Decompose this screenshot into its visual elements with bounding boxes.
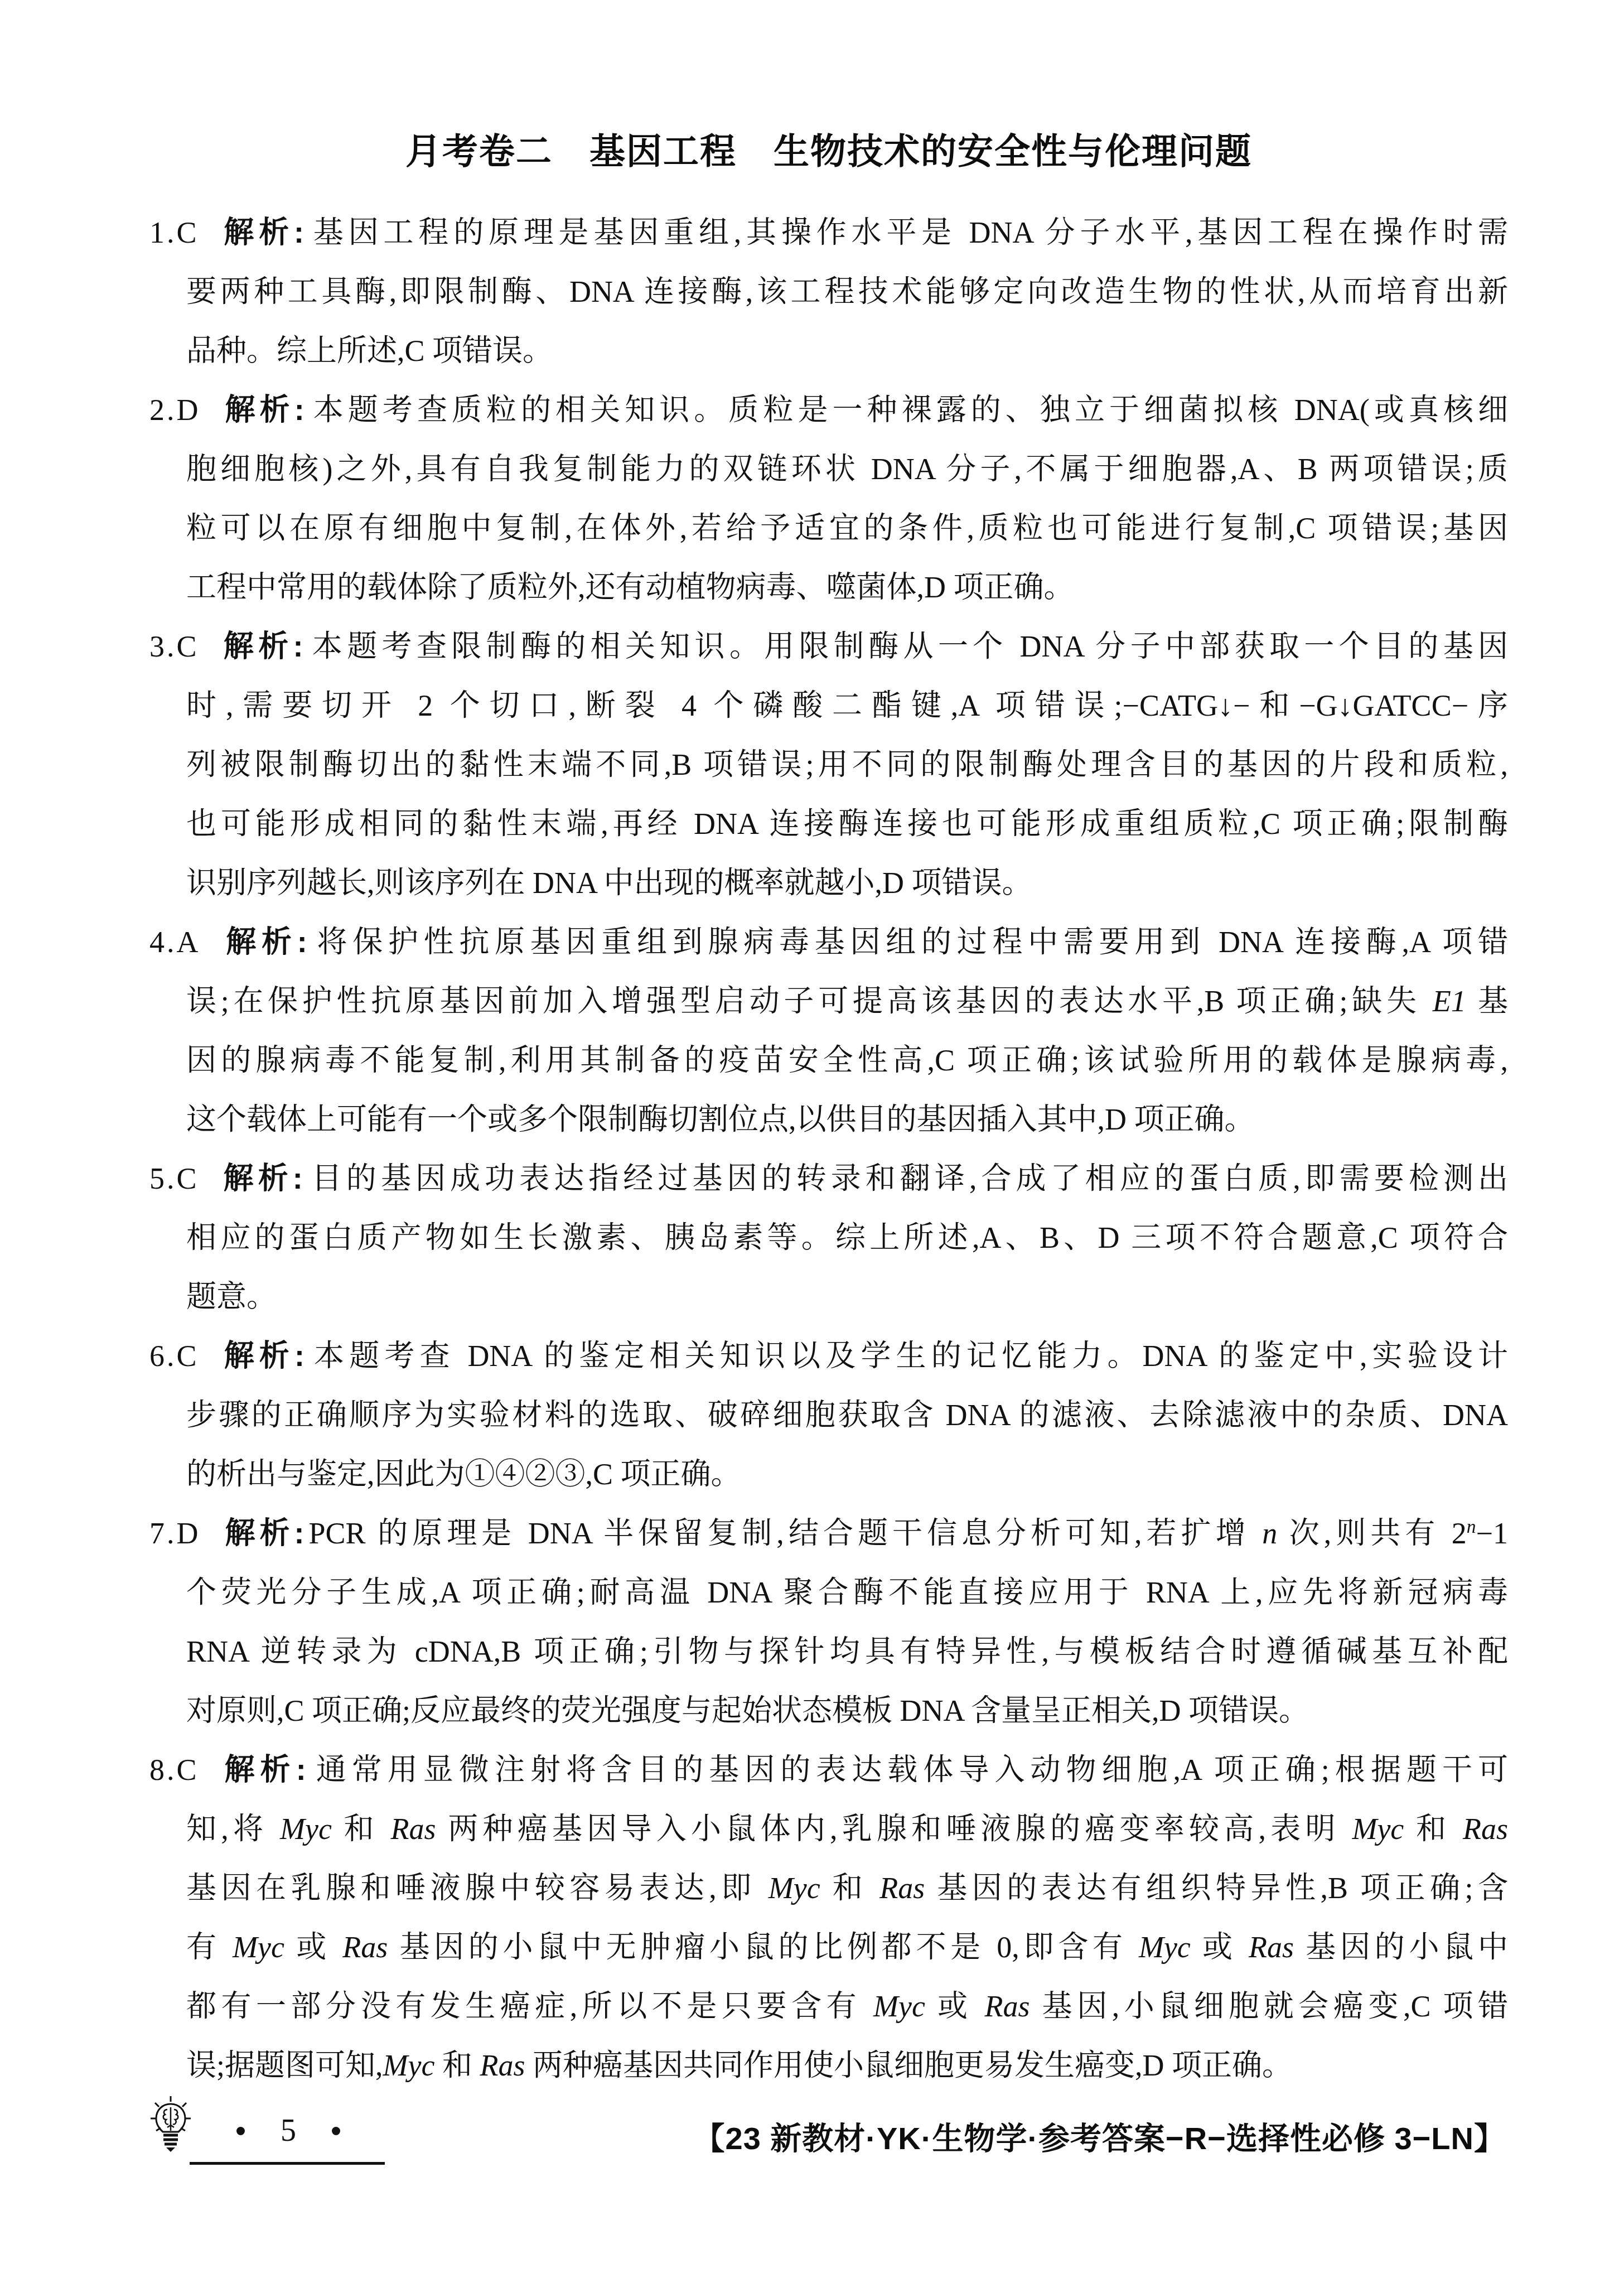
answer-text-segment: 次,则共有 2 xyxy=(1277,1517,1467,1550)
answer-text-segment: 要两种工具酶,即限制酶、DNA 连接酶,该工程技术能够定向改造生物的性状,从而培… xyxy=(186,275,1508,308)
answer-number: 2.D xyxy=(149,380,201,440)
answer-text-segment: Myc xyxy=(233,1930,284,1964)
answer-line: 2.D解析:本题考查质粒的相关知识。质粒是一种裸露的、独立于细菌拟核 DNA(或… xyxy=(149,380,1508,440)
answer-text-segment: 基因的小鼠中无肿瘤小鼠的比例都不是 0,即含有 xyxy=(388,1930,1139,1964)
answer-line: 有 Myc 或 Ras 基因的小鼠中无肿瘤小鼠的比例都不是 0,即含有 Myc … xyxy=(149,1918,1508,1977)
answer-text-segment: 都有一部分没有发生癌症,所以不是只要含有 xyxy=(186,1990,873,2023)
answer-line: 误;在保护性抗原基因前加入增强型启动子可提高该基因的表达水平,B 项正确;缺失 … xyxy=(149,972,1508,1031)
answer-text-segment: 相应的蛋白质产物如生长激素、胰岛素等。综上所述,A、B、D 三项不符合题意,C … xyxy=(186,1221,1508,1254)
answer-line: 列被限制酶切出的黏性末端不同,B 项错误;用不同的限制酶处理含目的基因的片段和质… xyxy=(149,735,1508,794)
page-number: 5 xyxy=(196,2113,380,2149)
answers-list: 1.C解析:基因工程的原理是基因重组,其操作水平是 DNA 分子水平,基因工程在… xyxy=(149,203,1508,2095)
answer-line: 的析出与鉴定,因此为①④②③,C 项正确。 xyxy=(149,1445,1508,1504)
answer-text-segment: 知,将 xyxy=(186,1812,280,1846)
page-title: 月考卷二 基因工程 生物技术的安全性与伦理问题 xyxy=(149,129,1508,173)
answer-text-segment: 或 xyxy=(284,1930,342,1964)
answer-text-segment: n xyxy=(1467,1517,1476,1537)
answer-text-segment: 基因的小鼠中 xyxy=(1294,1930,1508,1964)
page-number-underline xyxy=(190,2162,385,2165)
page-number-value: 5 xyxy=(281,2113,296,2149)
answer-text-segment: 时,需要切开 2 个切口,断裂 4 个磷酸二酯键,A 项错误;−CATG↓−和−… xyxy=(186,689,1508,722)
answer-line: 题意。 xyxy=(149,1267,1508,1326)
answer-text-segment: 基 xyxy=(1466,984,1508,1018)
answer-line: 胞细胞核)之外,具有自我复制能力的双链环状 DNA 分子,不属于细胞器,A、B … xyxy=(149,440,1508,499)
answer-text-segment: 和 xyxy=(332,1812,391,1846)
jiexi-label: 解析: xyxy=(221,925,307,959)
answer-line: 3.C解析:本题考查限制酶的相关知识。用限制酶从一个 DNA 分子中部获取一个目… xyxy=(149,617,1508,676)
page-content: 月考卷二 基因工程 生物技术的安全性与伦理问题 1.C解析:基因工程的原理是基因… xyxy=(149,129,1508,2095)
answer-item-4: 4.A解析:将保护性抗原基因重组到腺病毒基因组的过程中需要用到 DNA 连接酶,… xyxy=(149,913,1508,1149)
answer-item-5: 5.C解析:目的基因成功表达指经过基因的转录和翻译,合成了相应的蛋白质,即需要检… xyxy=(149,1149,1508,1326)
answer-line: 要两种工具酶,即限制酶、DNA 连接酶,该工程技术能够定向改造生物的性状,从而培… xyxy=(149,262,1508,321)
answer-text-segment: 或 xyxy=(1191,1930,1249,1964)
answer-number: 3.C xyxy=(149,617,199,676)
answer-line: 也可能形成相同的黏性末端,再经 DNA 连接酶连接也可能形成重组质粒,C 项正确… xyxy=(149,794,1508,853)
answer-text-segment: 和 xyxy=(820,1871,879,1905)
answer-text-segment: 胞细胞核)之外,具有自我复制能力的双链环状 DNA 分子,不属于细胞器,A、B … xyxy=(186,452,1508,486)
answer-line: 步骤的正确顺序为实验材料的选取、破碎细胞获取含 DNA 的滤液、去除滤液中的杂质… xyxy=(149,1386,1508,1445)
answer-text-segment: 和 xyxy=(1404,1812,1463,1846)
answer-text-segment: 识别序列越长,则该序列在 DNA 中出现的概率就越小,D 项错误。 xyxy=(186,866,1032,900)
answer-line: 识别序列越长,则该序列在 DNA 中出现的概率就越小,D 项错误。 xyxy=(149,853,1508,913)
footer-edition-label: 【23 新教材·YK·生物学·参考答案−R−选择性必修 3−LN】 xyxy=(694,2114,1506,2159)
answer-item-8: 8.C解析:通常用显微注射将含目的基因的表达载体导入动物细胞,A 项正确;根据题… xyxy=(149,1740,1508,2095)
answer-item-7: 7.D解析:PCR 的原理是 DNA 半保留复制,结合题干信息分析可知,若扩增 … xyxy=(149,1504,1508,1740)
lightbulb-brain-icon xyxy=(148,2095,193,2154)
answer-text-segment: Ras xyxy=(1249,1930,1294,1964)
answer-line: 这个载体上可能有一个或多个限制酶切割位点,以供目的基因插入其中,D 项正确。 xyxy=(149,1090,1508,1149)
jiexi-label: 解析: xyxy=(219,1753,306,1787)
answer-line: 7.D解析:PCR 的原理是 DNA 半保留复制,结合题干信息分析可知,若扩增 … xyxy=(149,1504,1508,1563)
answer-text-segment: 两种癌基因导入小鼠体内,乳腺和唾液腺的癌变率较高,表明 xyxy=(436,1812,1352,1846)
answer-line: 时,需要切开 2 个切口,断裂 4 个磷酸二酯键,A 项错误;−CATG↓−和−… xyxy=(149,676,1508,735)
answer-number: 6.C xyxy=(149,1326,199,1386)
answer-text-segment: 将保护性抗原基因重组到腺病毒基因组的过程中需要用到 DNA 连接酶,A 项错 xyxy=(312,925,1508,959)
answer-text-segment: Ras xyxy=(879,1871,925,1905)
answer-text-segment: 基因的表达有组织特异性,B 项正确;含 xyxy=(925,1871,1508,1905)
jiexi-label: 解析: xyxy=(221,393,304,427)
answer-number: 5.C xyxy=(149,1149,199,1208)
page-dot xyxy=(332,2127,340,2135)
jiexi-label: 解析: xyxy=(221,1517,304,1550)
answer-text-segment: 误;在保护性抗原基因前加入增强型启动子可提高该基因的表达水平,B 项正确;缺失 xyxy=(186,984,1433,1018)
answer-line: 因的腺病毒不能复制,利用其制备的疫苗安全性高,C 项正确;该试验所用的载体是腺病… xyxy=(149,1031,1508,1090)
answer-text-segment: 基因在乳腺和唾液腺中较容易表达,即 xyxy=(186,1871,768,1905)
answer-text-segment: Myc xyxy=(768,1871,820,1905)
answer-text-segment: PCR 的原理是 DNA 半保留复制,结合题干信息分析可知,若扩增 xyxy=(309,1517,1263,1550)
jiexi-label: 解析: xyxy=(219,1339,304,1373)
answer-text-segment: 和 xyxy=(434,2049,480,2082)
answer-text-segment: 通常用显微注射将含目的基因的表达载体导入动物细胞,A 项正确;根据题干可 xyxy=(311,1753,1508,1787)
answer-text-segment: 因的腺病毒不能复制,利用其制备的疫苗安全性高,C 项正确;该试验所用的载体是腺病… xyxy=(186,1044,1508,1077)
jiexi-label: 解析: xyxy=(219,630,303,663)
answer-line: 8.C解析:通常用显微注射将含目的基因的表达载体导入动物细胞,A 项正确;根据题… xyxy=(149,1740,1508,1799)
jiexi-label: 解析: xyxy=(219,216,304,249)
answer-text-segment: 工程中常用的载体除了质粒外,还有动植物病毒、噬菌体,D 项正确。 xyxy=(186,571,1074,604)
answer-line: 粒可以在原有细胞中复制,在体外,若给予适宜的条件,质粒也可能进行复制,C 项错误… xyxy=(149,499,1508,558)
answer-line: 6.C解析:本题考查 DNA 的鉴定相关知识以及学生的记忆能力。DNA 的鉴定中… xyxy=(149,1326,1508,1386)
answer-text-segment: Ras xyxy=(391,1812,436,1846)
answer-text-segment: 有 xyxy=(186,1930,233,1964)
answer-line: 工程中常用的载体除了质粒外,还有动植物病毒、噬菌体,D 项正确。 xyxy=(149,558,1508,617)
answer-line: 知,将 Myc 和 Ras 两种癌基因导入小鼠体内,乳腺和唾液腺的癌变率较高,表… xyxy=(149,1799,1508,1859)
answer-text-segment: n xyxy=(1262,1517,1277,1550)
answer-text-segment: Myc xyxy=(873,1990,925,2023)
answer-line: 品种。综上所述,C 项错误。 xyxy=(149,321,1508,380)
answer-text-segment: 列被限制酶切出的黏性末端不同,B 项错误;用不同的限制酶处理含目的基因的片段和质… xyxy=(186,748,1508,781)
answer-text-segment: Ras xyxy=(1463,1812,1508,1846)
answer-text-segment: 粒可以在原有细胞中复制,在体外,若给予适宜的条件,质粒也可能进行复制,C 项错误… xyxy=(186,511,1508,545)
answer-sheet-page: 月考卷二 基因工程 生物技术的安全性与伦理问题 1.C解析:基因工程的原理是基因… xyxy=(0,0,1624,2283)
answer-text-segment: 或 xyxy=(925,1990,985,2023)
answer-text-segment: 两种癌基因共同作用使小鼠细胞更易发生癌变,D 项正确。 xyxy=(525,2049,1292,2082)
answer-text-segment: 误;据题图可知, xyxy=(186,2049,383,2082)
answer-item-1: 1.C解析:基因工程的原理是基因重组,其操作水平是 DNA 分子水平,基因工程在… xyxy=(149,203,1508,380)
answer-line: 1.C解析:基因工程的原理是基因重组,其操作水平是 DNA 分子水平,基因工程在… xyxy=(149,203,1508,262)
answer-text-segment: Ras xyxy=(480,2049,525,2082)
answer-text-segment: 基因,小鼠细胞就会癌变,C 项错 xyxy=(1030,1990,1508,2023)
answer-text-segment: E1 xyxy=(1433,984,1466,1018)
answer-text-segment: 目的基因成功表达指经过基因的转录和翻译,合成了相应的蛋白质,即需要检测出 xyxy=(307,1162,1508,1195)
answer-number: 1.C xyxy=(149,203,199,262)
answer-text-segment: Myc xyxy=(280,1812,332,1846)
answer-item-2: 2.D解析:本题考查质粒的相关知识。质粒是一种裸露的、独立于细菌拟核 DNA(或… xyxy=(149,380,1508,617)
answer-text-segment: 基因工程的原理是基因重组,其操作水平是 DNA 分子水平,基因工程在操作时需 xyxy=(308,216,1508,249)
answer-line: 误;据题图可知,Myc 和 Ras 两种癌基因共同作用使小鼠细胞更易发生癌变,D… xyxy=(149,2036,1508,2095)
answer-text-segment: 对原则,C 项正确;反应最终的荧光强度与起始状态模板 DNA 含量呈正相关,D … xyxy=(186,1694,1309,1727)
answer-text-segment: 题意。 xyxy=(186,1280,277,1314)
answer-text-segment: 本题考查质粒的相关知识。质粒是一种裸露的、独立于细菌拟核 DNA(或真核细 xyxy=(309,393,1508,427)
answer-line: 相应的蛋白质产物如生长激素、胰岛素等。综上所述,A、B、D 三项不符合题意,C … xyxy=(149,1208,1508,1267)
answer-line: 基因在乳腺和唾液腺中较容易表达,即 Myc 和 Ras 基因的表达有组织特异性,… xyxy=(149,1859,1508,1918)
answer-line: 4.A解析:将保护性抗原基因重组到腺病毒基因组的过程中需要用到 DNA 连接酶,… xyxy=(149,913,1508,972)
answer-text-segment: −1 xyxy=(1476,1517,1508,1550)
answer-text-segment: Myc xyxy=(383,2049,435,2082)
answer-text-segment: Ras xyxy=(985,1990,1030,2023)
answer-text-segment: Ras xyxy=(342,1930,388,1964)
answer-text-segment: 本题考查限制酶的相关知识。用限制酶从一个 DNA 分子中部获取一个目的基因 xyxy=(308,630,1508,663)
answer-number: 4.A xyxy=(149,913,201,972)
answer-text-segment: RNA 逆转录为 cDNA,B 项正确;引物与探针均具有特异性,与模板结合时遵循… xyxy=(186,1635,1508,1668)
answer-text-segment: 步骤的正确顺序为实验材料的选取、破碎细胞获取含 DNA 的滤液、去除滤液中的杂质… xyxy=(186,1398,1508,1432)
answer-line: 对原则,C 项正确;反应最终的荧光强度与起始状态模板 DNA 含量呈正相关,D … xyxy=(149,1681,1508,1740)
jiexi-label: 解析: xyxy=(219,1162,303,1195)
answer-number: 8.C xyxy=(149,1740,199,1799)
answer-text-segment: 的析出与鉴定,因此为①④②③,C 项正确。 xyxy=(186,1457,741,1491)
answer-text-segment: 也可能形成相同的黏性末端,再经 DNA 连接酶连接也可能形成重组质粒,C 项正确… xyxy=(186,807,1508,841)
answer-text-segment: 个荧光分子生成,A 项正确;耐高温 DNA 聚合酶不能直接应用于 RNA 上,应… xyxy=(186,1576,1508,1609)
answer-item-6: 6.C解析:本题考查 DNA 的鉴定相关知识以及学生的记忆能力。DNA 的鉴定中… xyxy=(149,1326,1508,1504)
answer-line: 5.C解析:目的基因成功表达指经过基因的转录和翻译,合成了相应的蛋白质,即需要检… xyxy=(149,1149,1508,1208)
answer-text-segment: Myc xyxy=(1139,1930,1191,1964)
answer-number: 7.D xyxy=(149,1504,201,1563)
answer-text-segment: 本题考查 DNA 的鉴定相关知识以及学生的记忆能力。DNA 的鉴定中,实验设计 xyxy=(309,1339,1508,1373)
answer-line: RNA 逆转录为 cDNA,B 项正确;引物与探针均具有特异性,与模板结合时遵循… xyxy=(149,1622,1508,1681)
answer-item-3: 3.C解析:本题考查限制酶的相关知识。用限制酶从一个 DNA 分子中部获取一个目… xyxy=(149,617,1508,913)
answer-line: 都有一部分没有发生癌症,所以不是只要含有 Myc 或 Ras 基因,小鼠细胞就会… xyxy=(149,1977,1508,2036)
answer-line: 个荧光分子生成,A 项正确;耐高温 DNA 聚合酶不能直接应用于 RNA 上,应… xyxy=(149,1563,1508,1622)
page-dot xyxy=(236,2127,245,2135)
answer-text-segment: 这个载体上可能有一个或多个限制酶切割位点,以供目的基因插入其中,D 项正确。 xyxy=(186,1103,1255,1136)
answer-text-segment: Myc xyxy=(1352,1812,1404,1846)
answer-text-segment: 品种。综上所述,C 项错误。 xyxy=(186,334,553,368)
